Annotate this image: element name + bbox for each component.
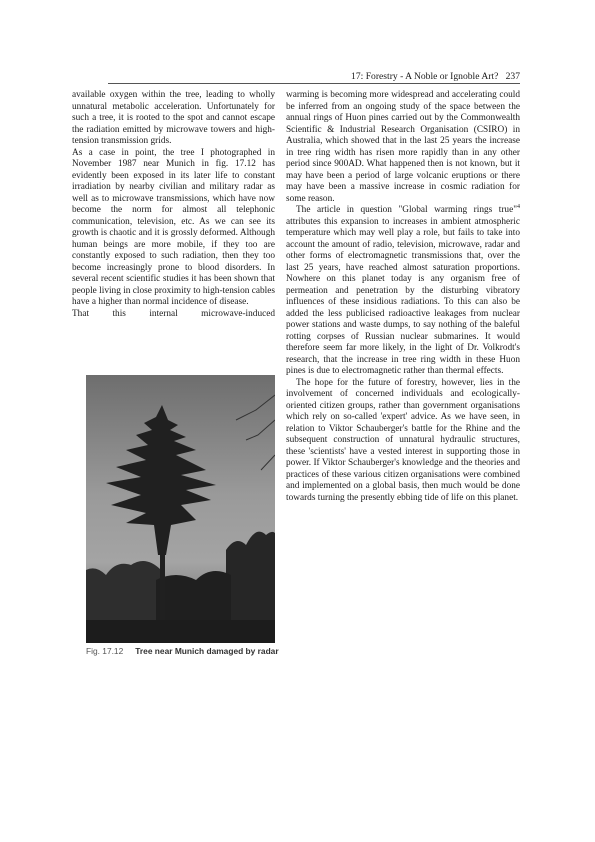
footnote-ref: 4 [517,204,520,210]
tree-photo-icon [86,375,275,643]
page-number: 237 [506,71,520,82]
header-rule [108,83,520,84]
paragraph: available oxygen within the tree, leadin… [72,90,275,148]
right-column: warming is becoming more widespread and … [286,90,520,504]
running-header: 17: Forestry - A Noble or Ignoble Art? 2… [108,71,520,82]
paragraph: warming is becoming more widespread and … [286,90,520,205]
paragraph: That this internal microwave-induced [72,309,275,321]
paragraph: The article in question "Global warming … [286,205,520,378]
paragraph: As a case in point, the tree I photograp… [72,148,275,309]
paragraph-text: The article in question "Global warming … [296,205,517,215]
figure-caption: Fig. 17.12Tree near Munich damaged by ra… [86,646,281,657]
figure-number: Fig. 17.12 [86,646,123,656]
left-column: available oxygen within the tree, leadin… [72,90,275,320]
figure-photo [86,375,275,643]
running-title: 17: Forestry - A Noble or Ignoble Art? [351,71,498,82]
paragraph: The hope for the future of forestry, how… [286,378,520,505]
paragraph-text: attributes this expansion to increases i… [286,217,520,377]
figure-title: Tree near Munich damaged by radar [135,646,278,656]
